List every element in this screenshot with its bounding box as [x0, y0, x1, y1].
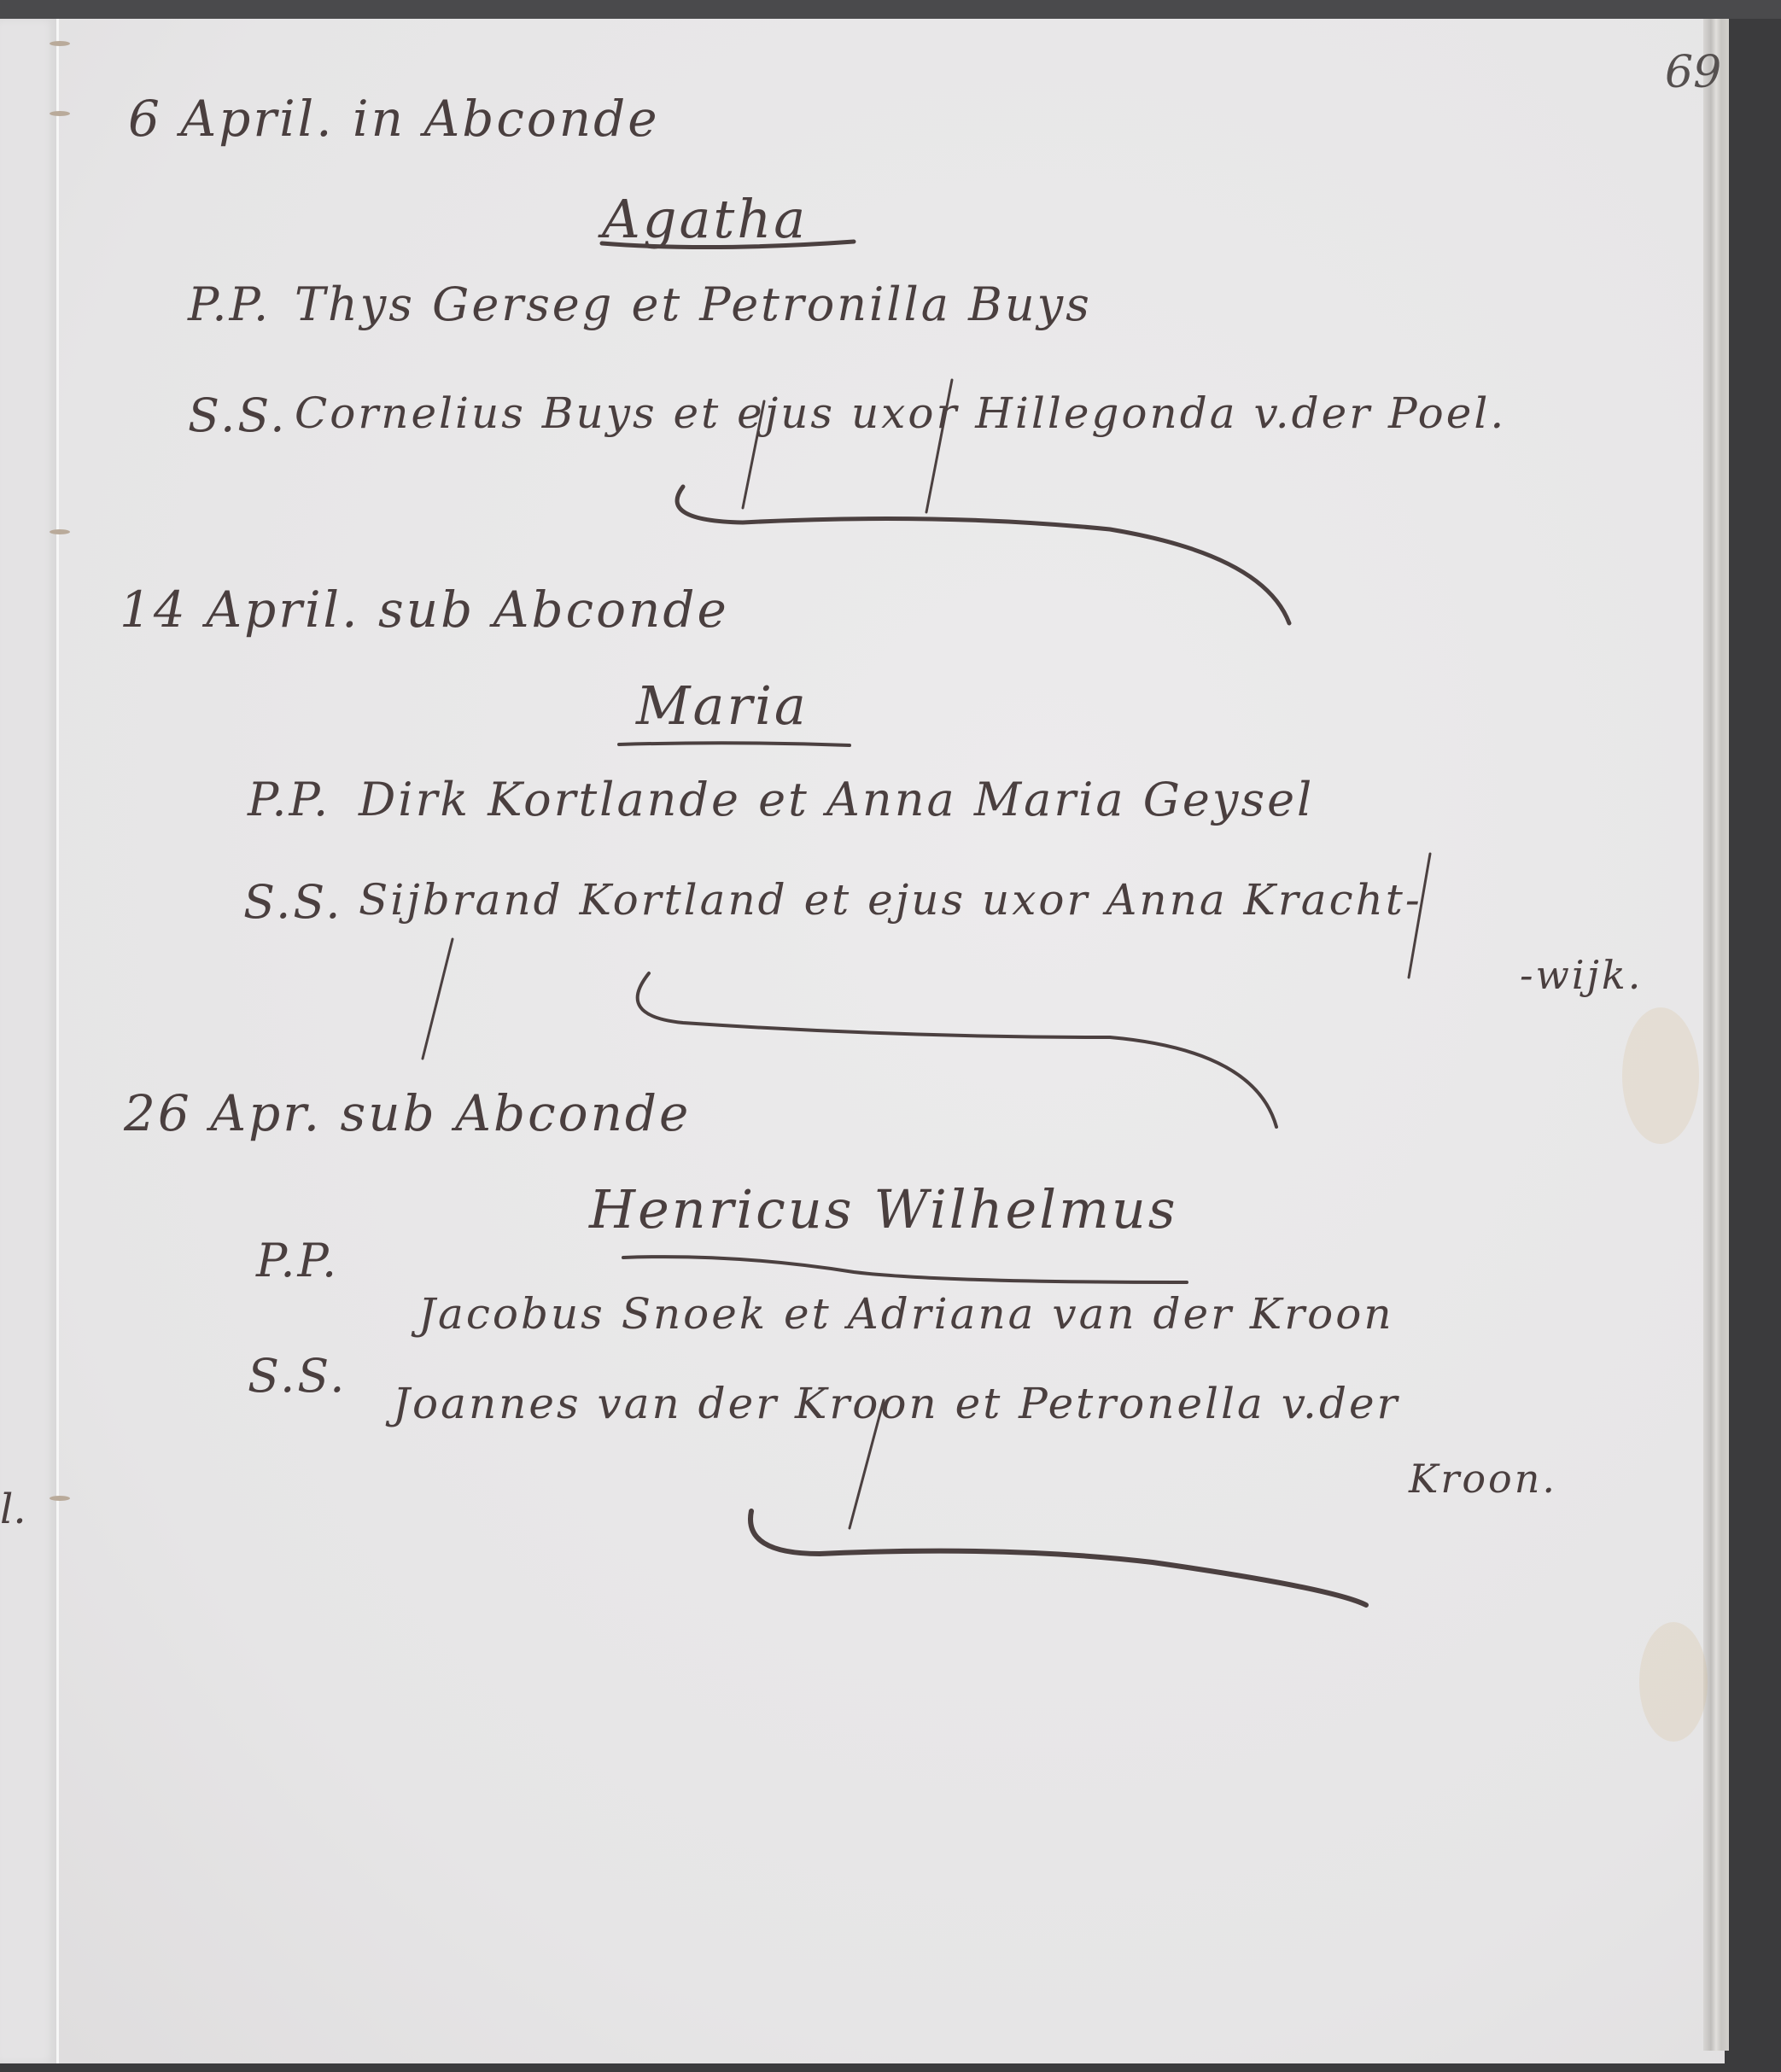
entry-1-sponsors: Cornelius Buys et ejus uxor Hillegonda v… — [295, 388, 1506, 438]
scanner-top-band — [0, 0, 1781, 19]
entry-2-parents-label: P.P. — [248, 773, 330, 826]
entry-3-child-name: Henricus Wilhelmus — [589, 1178, 1178, 1240]
entry-2-child-name: Maria — [636, 674, 809, 737]
entry-1-date-place: 6 April. in Abconde — [128, 90, 660, 148]
entry-1-parents-label: P.P. — [188, 277, 271, 331]
entry-3-parents: Jacobus Snoek et Adriana van der Kroon — [418, 1289, 1394, 1339]
entry-2-parents: Dirk Kortlande et Anna Maria Geysel — [359, 773, 1314, 826]
entry-3-date-place: 26 Apr. sub Abconde — [124, 1084, 691, 1142]
entry-3-parents-label: P.P. — [256, 1234, 339, 1287]
paper-stain — [1622, 1007, 1699, 1144]
binding-gutter — [56, 19, 59, 2063]
page-stack-edge — [1703, 19, 1729, 2051]
entry-2-sponsors-continued: -wijk. — [1520, 952, 1643, 998]
binding-stitch — [50, 111, 70, 116]
entry-1-child-name: Agatha — [602, 188, 808, 250]
entry-1-parents: Thys Gerseg et Petronilla Buys — [295, 277, 1092, 331]
binding-stitch — [50, 1496, 70, 1501]
entry-3-sponsors-continued: Kroon. — [1409, 1456, 1557, 1502]
left-page-fragment: l. — [0, 1485, 26, 1533]
binding-stitch — [50, 41, 70, 46]
page-number: 69 — [1665, 47, 1721, 98]
entry-2-sponsors-label: S.S. — [243, 875, 342, 929]
entry-3-sponsors: Joannes van der Kroon et Petronella v.de… — [393, 1379, 1399, 1428]
entry-3-sponsors-label: S.S. — [248, 1349, 347, 1403]
binding-stitch — [50, 529, 70, 534]
paper-stain — [1639, 1622, 1708, 1742]
entry-1-sponsors-label: S.S. — [188, 388, 287, 442]
entry-2-sponsors: Sijbrand Kortland et ejus uxor Anna Krac… — [359, 875, 1422, 925]
left-page-edge — [0, 19, 58, 2063]
entry-2-date-place: 14 April. sub Abconde — [120, 581, 729, 639]
